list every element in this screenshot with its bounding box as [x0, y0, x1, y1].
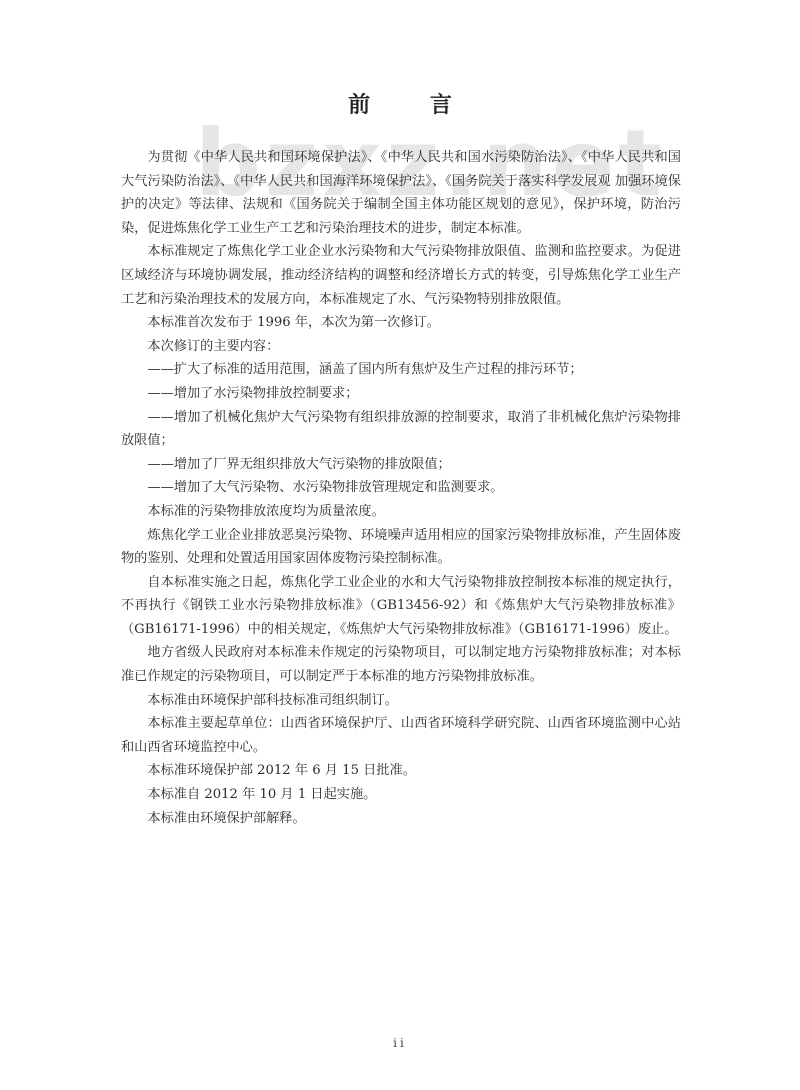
paragraph-local-standards: 地方省级人民政府对本标准未作规定的污染物项目，可以制定地方污染物排放标准；对本标… — [121, 641, 681, 688]
paragraph-drafters: 本标准主要起草单位：山西省环境保护厅、山西省环境科学研究院、山西省环境监测中心站… — [121, 712, 681, 759]
list-item: ——增加了水污染物排放控制要求； — [121, 382, 681, 406]
document-page: bzxz.net 前 言 为贯彻《中华人民共和国环境保护法》、《中华人民共和国水… — [0, 0, 800, 1090]
paragraph-effective-date: 本标准自 2012 年 10 月 1 日起实施。 — [121, 783, 681, 807]
paragraph-scope: 本标准规定了炼焦化学工业企业水污染物和大气污染物排放限值、监测和监控要求。为促进… — [121, 240, 681, 311]
revision-list: ——扩大了标准的适用范围，涵盖了国内所有焦炉及生产过程的排污环节； ——增加了水… — [121, 358, 681, 500]
paragraph-concentration: 本标准的污染物排放浓度均为质量浓度。 — [121, 500, 681, 524]
page-title: 前 言 — [0, 88, 800, 119]
paragraph-supersedes: 自本标准实施之日起，炼焦化学工业企业的水和大气污染物排放控制按本标准的规定执行，… — [121, 571, 681, 642]
page-number: ii — [0, 1036, 800, 1050]
paragraph-history: 本标准首次发布于 1996 年，本次为第一次修订。 — [121, 311, 681, 335]
list-item: ——增加了机械化焦炉大气污染物有组织排放源的控制要求，取消了非机械化焦炉污染物排… — [121, 406, 681, 453]
paragraph-purpose: 为贯彻《中华人民共和国环境保护法》、《中华人民共和国水污染防治法》、《中华人民共… — [121, 146, 681, 240]
paragraph-interpretation: 本标准由环境保护部解释。 — [121, 807, 681, 831]
paragraph-other-standards: 炼焦化学工业企业排放恶臭污染物、环境噪声适用相应的国家污染物排放标准，产生固体废… — [121, 524, 681, 571]
list-item: ——增加了大气污染物、水污染物排放管理规定和监测要求。 — [121, 476, 681, 500]
list-item: ——增加了厂界无组织排放大气污染物的排放限值； — [121, 453, 681, 477]
paragraph-revision-heading: 本次修订的主要内容： — [121, 335, 681, 359]
list-item: ——扩大了标准的适用范围，涵盖了国内所有焦炉及生产过程的排污环节； — [121, 358, 681, 382]
document-body: 为贯彻《中华人民共和国环境保护法》、《中华人民共和国水污染防治法》、《中华人民共… — [121, 146, 681, 830]
paragraph-organizer: 本标准由环境保护部科技标准司组织制订。 — [121, 689, 681, 713]
paragraph-approval-date: 本标准环境保护部 2012 年 6 月 15 日批准。 — [121, 759, 681, 783]
